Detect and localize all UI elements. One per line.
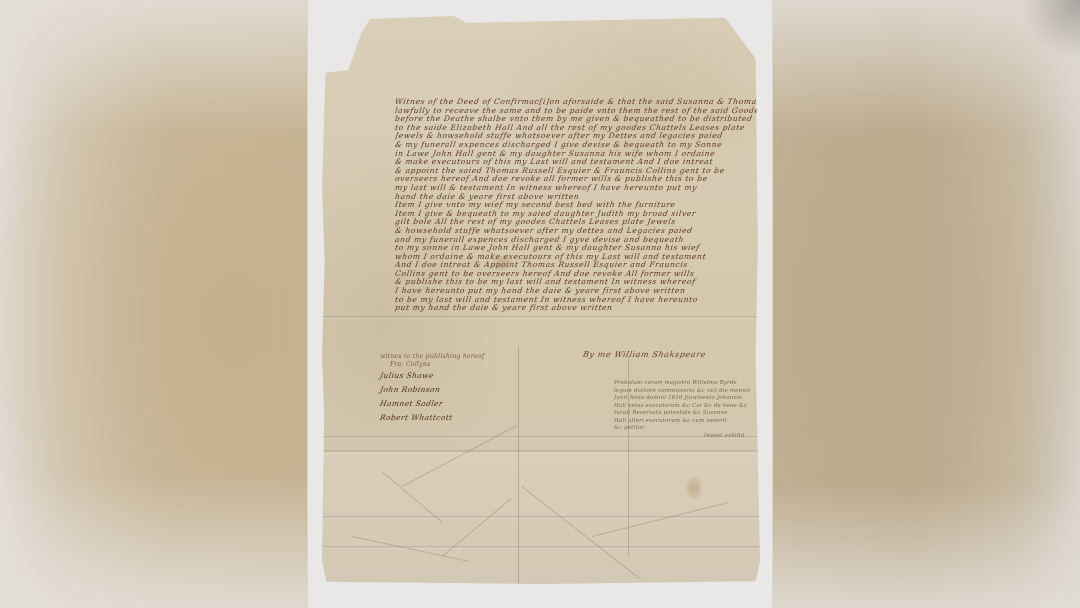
paper-fold-line [322,450,760,454]
frame-border-right [772,0,773,608]
testator-signature: By me William Shakspeare [582,350,707,359]
frame-border-left [307,0,308,608]
probate-annotation: Probatum coram magistro Willelmo Byrde l… [614,380,760,440]
annotation-line: &c petitur [614,425,760,433]
text-line: Item I give vnto my wief my second best … [394,201,757,210]
text-line: in Lawe John Hall gent & my daughter Sus… [394,150,757,159]
text-line: & my funerall expences discharged I give… [394,141,757,150]
blurred-background-left [0,0,307,608]
witness-name: Julius Shawe [379,369,521,383]
text-line: to be my last will and testament In witn… [394,296,757,305]
ink-stain [687,476,701,500]
annotation-line: Hall vnius executorum &c Cui &c de bene … [614,403,760,411]
text-line: hand the daie & yeare first above writte… [394,193,757,202]
paper-fold-line [322,516,760,519]
annotation-line: legum doctore commissario &c xxii die me… [614,388,760,396]
witness-name: John Robinson [379,383,521,397]
witness-signatures: witnes to the publishing hereof Fra: Col… [380,353,520,425]
text-line: lawfully to receave the same and to be p… [394,107,757,116]
annotation-line: Invent exhibit [614,433,760,441]
blurred-background-right [773,0,1080,608]
witness-name: Robert Whattcott [379,411,521,425]
paper-fold-line [322,546,760,549]
text-line: overseers hereof And doe revoke all form… [394,175,757,184]
will-body-text: Witnes of the Deed of Confirmac[i]on afo… [395,98,757,313]
paper-fold-line [322,316,760,319]
text-line: gilt bole All the rest of my goodes Chat… [394,218,757,227]
text-line: Witnes of the Deed of Confirmac[i]on afo… [394,98,757,107]
text-line: & publishe this to be my last will and t… [394,278,757,287]
text-line: I have hereunto put my hand the daie & y… [394,287,757,296]
annotation-line: Hall alteri executorum &c cum venerit [614,418,760,426]
text-line: my last will & testament In witness wher… [394,184,757,193]
annotation-line: Junii Anno domini 1616 Juramento Johanni… [614,395,760,403]
text-line: & howsehold stuffe whatsoever after my d… [394,227,757,236]
text-line: & make executours of this my Last will a… [394,158,757,167]
annotation-line: Probatum coram magistro Willelmo Byrde [614,380,760,388]
annotation-line: Iurati Reservata potestate &c Susanne [614,410,760,418]
text-line: Jewels & howsehold stuffe whatsoever aft… [394,132,757,141]
text-line: And I doe intreat & Appoint Thomas Russe… [394,261,757,270]
text-line: and my funerall expences discharged I gy… [394,236,757,245]
witness-name: Hamnet Sadler [379,397,521,411]
witness-name: Fra: Collyns [380,361,520,369]
text-line: put my hand the daie & yeare first above… [394,304,757,313]
text-line: to my sonne in Lawe John Hall gent & my … [394,244,757,253]
text-line: whom I ordaine & make executours of this… [394,253,757,262]
witness-heading: witnes to the publishing hereof [380,353,520,361]
text-line: before the Deathe shalbe vnto them by me… [394,115,757,124]
